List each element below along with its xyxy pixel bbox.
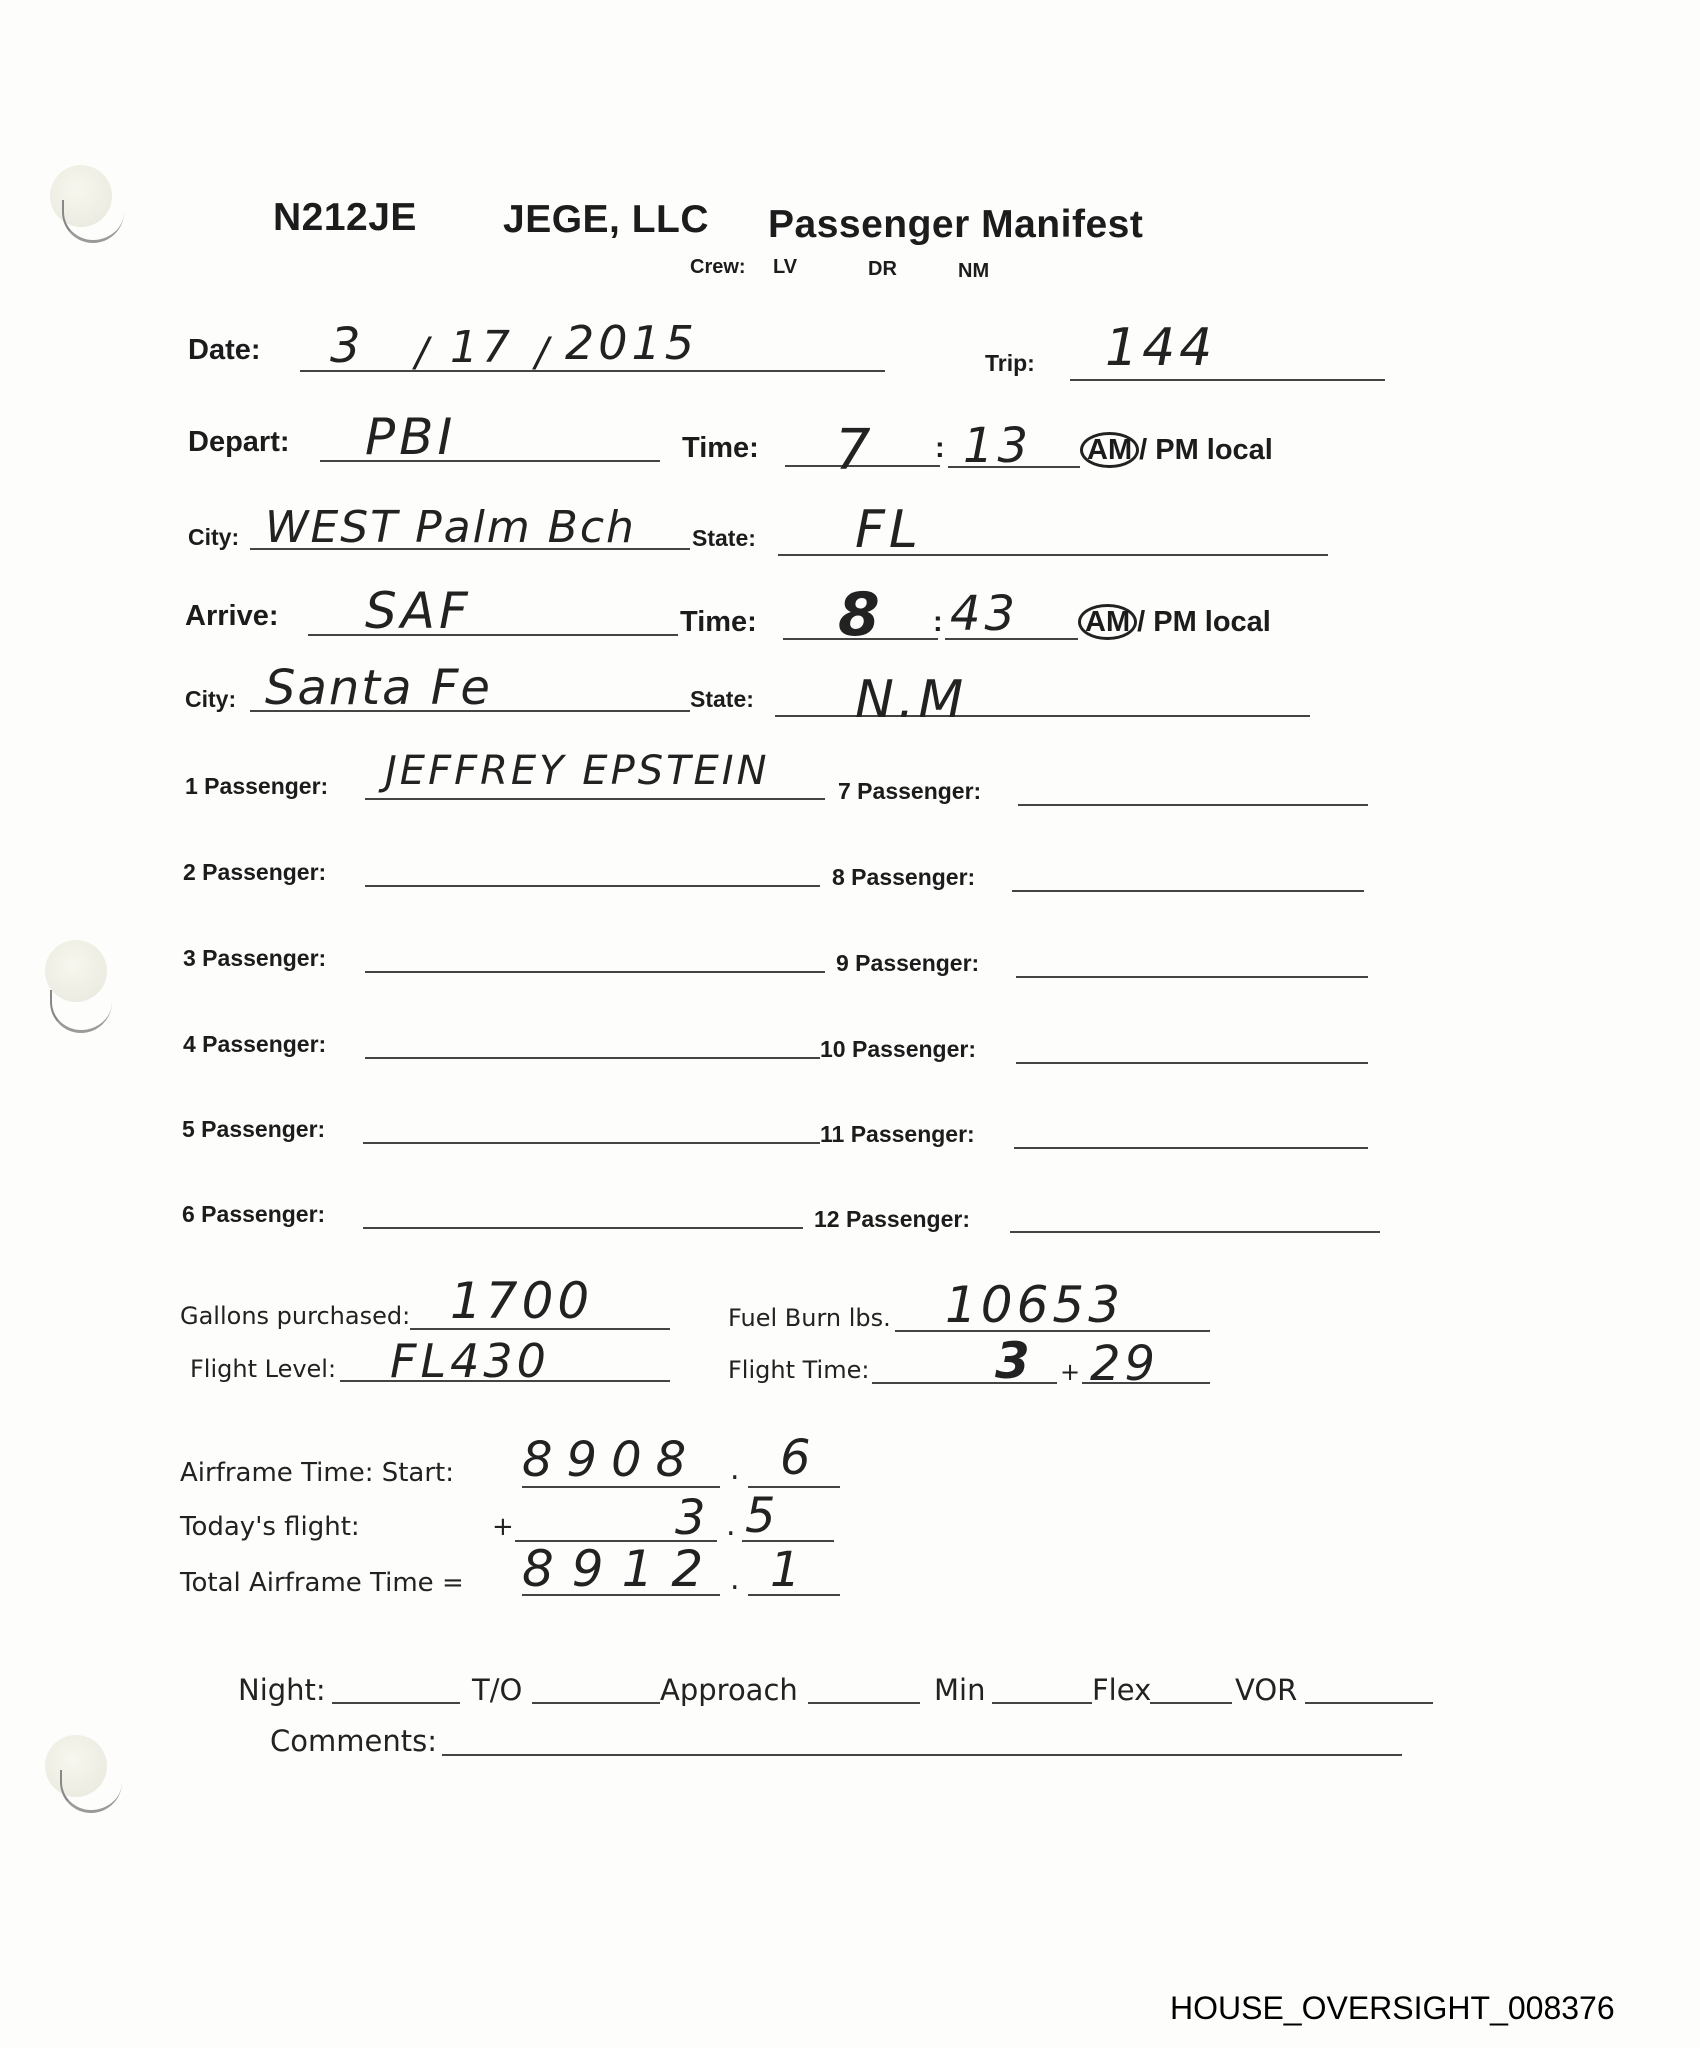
depart-time-colon: : <box>935 432 945 465</box>
takeoff-line[interactable] <box>532 1702 660 1704</box>
airframe-start-whole[interactable]: 8908 <box>522 1432 700 1488</box>
flight-time-plus: + <box>1060 1358 1080 1386</box>
passenger-11-label: 11 Passenger: <box>820 1121 975 1148</box>
date-day[interactable]: 17 <box>450 322 514 373</box>
passenger-11-line[interactable] <box>1014 1147 1368 1149</box>
date-label: Date: <box>188 334 261 367</box>
trip-line <box>1070 379 1385 381</box>
arrive-airport[interactable]: SAF <box>365 582 472 640</box>
night-line[interactable] <box>332 1702 460 1704</box>
date-line <box>300 370 885 372</box>
arrive-line <box>308 634 678 636</box>
passenger-5-line[interactable] <box>363 1142 820 1144</box>
total-airframe-label: Total Airframe Time = <box>180 1568 464 1598</box>
arrive-minute[interactable]: 43 <box>950 586 1019 642</box>
binder-hole-bottom-shadow <box>60 1770 122 1813</box>
gallons-value[interactable]: 1700 <box>450 1272 593 1330</box>
depart-ampm: AM/ PM local <box>1080 432 1273 468</box>
takeoff-label: T/O <box>472 1673 522 1707</box>
date-separator-1: / <box>415 330 432 376</box>
today-flight-label: Today's flight: <box>180 1512 360 1542</box>
arrive-time-colon: : <box>933 606 943 639</box>
depart-airport[interactable]: PBI <box>365 408 456 466</box>
airframe-start-label: Airframe Time: Start: <box>180 1458 454 1488</box>
flight-time-label: Flight Time: <box>728 1356 869 1384</box>
passenger-3-line[interactable] <box>365 971 825 973</box>
vor-label: VOR <box>1235 1673 1297 1707</box>
company-name: JEGE, LLC <box>503 198 709 242</box>
flight-time-hours[interactable]: 3 <box>995 1332 1034 1390</box>
flight-time-minutes[interactable]: 29 <box>1090 1336 1159 1392</box>
passenger-4-label: 4 Passenger: <box>183 1031 326 1058</box>
passenger-6-line[interactable] <box>363 1227 803 1229</box>
flex-line[interactable] <box>1150 1702 1232 1704</box>
vor-line[interactable] <box>1305 1702 1433 1704</box>
crew-member-2: DR <box>868 258 897 281</box>
depart-hour[interactable]: 7 <box>835 418 875 483</box>
comments-label: Comments: <box>270 1724 437 1758</box>
today-flight-whole[interactable]: 3 <box>675 1490 710 1546</box>
passenger-9-label: 9 Passenger: <box>836 950 979 977</box>
flex-label: Flex <box>1092 1673 1151 1707</box>
today-flight-tenth[interactable]: 5 <box>745 1488 780 1544</box>
passenger-1-line <box>365 798 825 800</box>
depart-minute[interactable]: 13 <box>963 418 1032 474</box>
crew-member-1: LV <box>773 256 797 279</box>
date-year[interactable]: 2015 <box>565 316 698 370</box>
passenger-10-label: 10 Passenger: <box>820 1036 976 1063</box>
arrive-ampm: AM/ PM local <box>1078 604 1271 640</box>
arrive-label: Arrive: <box>185 600 279 633</box>
gallons-label: Gallons purchased: <box>180 1302 410 1330</box>
arrive-state[interactable]: N.M <box>855 670 967 730</box>
form-title: Passenger Manifest <box>768 203 1143 247</box>
total-airframe-tenth[interactable]: 1 <box>770 1542 805 1598</box>
crew-member-3: NM <box>958 260 989 283</box>
passenger-5-label: 5 Passenger: <box>182 1116 325 1143</box>
fuel-burn-value[interactable]: 10653 <box>945 1276 1124 1334</box>
passenger-12-line[interactable] <box>1010 1231 1380 1233</box>
arrive-state-label: State: <box>690 686 754 713</box>
comments-line[interactable] <box>442 1754 1402 1756</box>
date-month[interactable]: 3 <box>330 318 365 374</box>
depart-pm-local: / PM local <box>1139 434 1273 466</box>
crew-label: Crew: <box>690 256 746 279</box>
depart-state[interactable]: FL <box>855 500 922 560</box>
arrive-hour[interactable]: 8 <box>838 580 884 650</box>
depart-label: Depart: <box>188 426 290 459</box>
depart-city[interactable]: WEST Palm Bch <box>265 502 636 553</box>
approach-line[interactable] <box>808 1702 920 1704</box>
today-flight-dot: . <box>726 1508 736 1543</box>
fuel-burn-label: Fuel Burn lbs. <box>728 1304 891 1332</box>
trip-number[interactable]: 144 <box>1105 318 1216 378</box>
passenger-9-line[interactable] <box>1016 976 1368 978</box>
flight-level-value[interactable]: FL430 <box>390 1334 550 1388</box>
passenger-10-line[interactable] <box>1016 1062 1368 1064</box>
arrive-pm-local: / PM local <box>1137 606 1271 638</box>
binder-hole-top-shadow <box>62 200 124 243</box>
passenger-1-name[interactable]: JEFFREY EPSTEIN <box>385 748 770 794</box>
today-flight-plus: + <box>492 1512 514 1542</box>
passenger-6-label: 6 Passenger: <box>182 1201 325 1228</box>
depart-city-label: City: <box>188 524 239 551</box>
trip-label: Trip: <box>985 350 1035 377</box>
arrive-time-label: Time: <box>680 606 757 639</box>
bates-number: HOUSE_OVERSIGHT_008376 <box>1170 1990 1615 2027</box>
passenger-2-line[interactable] <box>365 885 820 887</box>
depart-time-label: Time: <box>682 432 759 465</box>
arrive-city-label: City: <box>185 686 236 713</box>
approach-label: Approach <box>660 1673 798 1707</box>
depart-am-circled[interactable]: AM <box>1080 432 1139 468</box>
total-airframe-dot: . <box>730 1562 740 1597</box>
passenger-3-label: 3 Passenger: <box>183 945 326 972</box>
passenger-4-line[interactable] <box>365 1057 820 1059</box>
arrive-city[interactable]: Santa Fe <box>265 660 492 716</box>
passenger-12-label: 12 Passenger: <box>814 1206 970 1233</box>
flight-level-label: Flight Level: <box>190 1355 336 1383</box>
passenger-8-label: 8 Passenger: <box>832 864 975 891</box>
min-label: Min <box>934 1673 985 1707</box>
passenger-7-label: 7 Passenger: <box>838 778 981 805</box>
passenger-8-line[interactable] <box>1012 890 1364 892</box>
passenger-7-line[interactable] <box>1018 804 1368 806</box>
night-label: Night: <box>238 1673 326 1707</box>
date-separator-2: / <box>535 330 552 376</box>
total-airframe-whole[interactable]: 8912 <box>522 1540 721 1598</box>
airframe-start-dot: . <box>730 1452 740 1487</box>
arrive-am-circled[interactable]: AM <box>1078 604 1137 640</box>
min-line[interactable] <box>992 1702 1092 1704</box>
tail-number: N212JE <box>273 196 417 240</box>
passenger-1-label: 1 Passenger: <box>185 773 328 800</box>
binder-hole-middle-shadow <box>50 990 112 1033</box>
depart-state-label: State: <box>692 525 756 552</box>
airframe-start-tenth[interactable]: 6 <box>780 1430 815 1486</box>
passenger-2-label: 2 Passenger: <box>183 859 326 886</box>
